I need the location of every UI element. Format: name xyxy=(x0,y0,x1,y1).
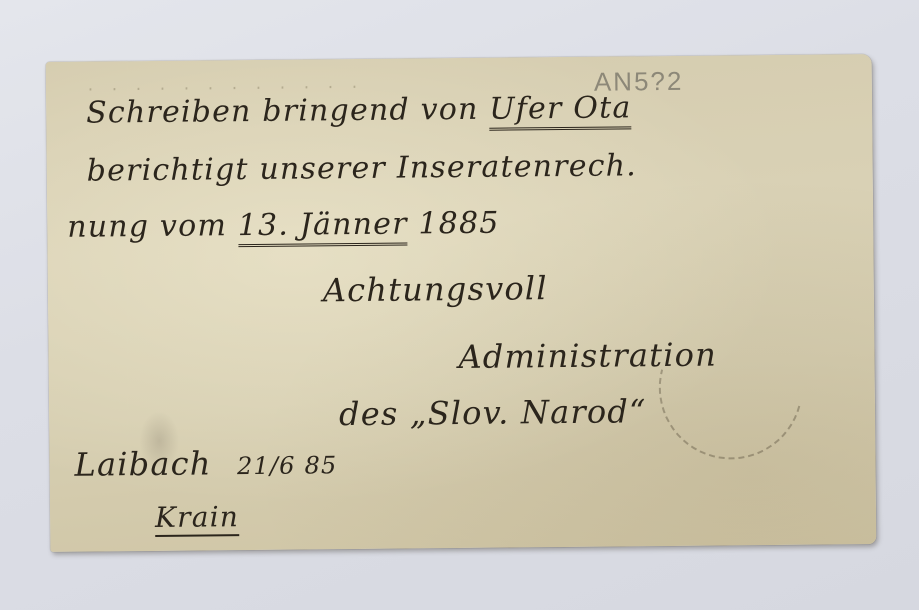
text-line-1: Schreiben bringend von Ufer Ota xyxy=(86,90,632,130)
closing-salutation: Achtungsvoll xyxy=(323,269,548,309)
line-3-date: 13. Jänner xyxy=(238,207,408,248)
line-3-year: 1885 xyxy=(418,206,499,242)
region-line: Krain xyxy=(155,500,239,534)
text-line-2: berichtigt unserer Inseratenrech. xyxy=(87,148,638,188)
postcard: · · · · · · · · · · · · AN5?2 Schreiben … xyxy=(46,54,877,552)
line-3-text: nung vom xyxy=(67,208,227,245)
place-date-line: Laibach 21/6 85 xyxy=(74,443,337,484)
faint-postmark xyxy=(632,289,829,486)
text-line-3: nung vom 13. Jänner 1885 xyxy=(67,206,500,245)
line-1-text: Schreiben bringend von xyxy=(86,92,479,131)
line-1-underlined: Ufer Ota xyxy=(489,90,632,130)
place: Laibach xyxy=(74,444,211,483)
date: 21/6 85 xyxy=(237,451,338,480)
signature-newspaper: des „Slov. Narod“ xyxy=(339,392,647,433)
region: Krain xyxy=(155,500,239,537)
